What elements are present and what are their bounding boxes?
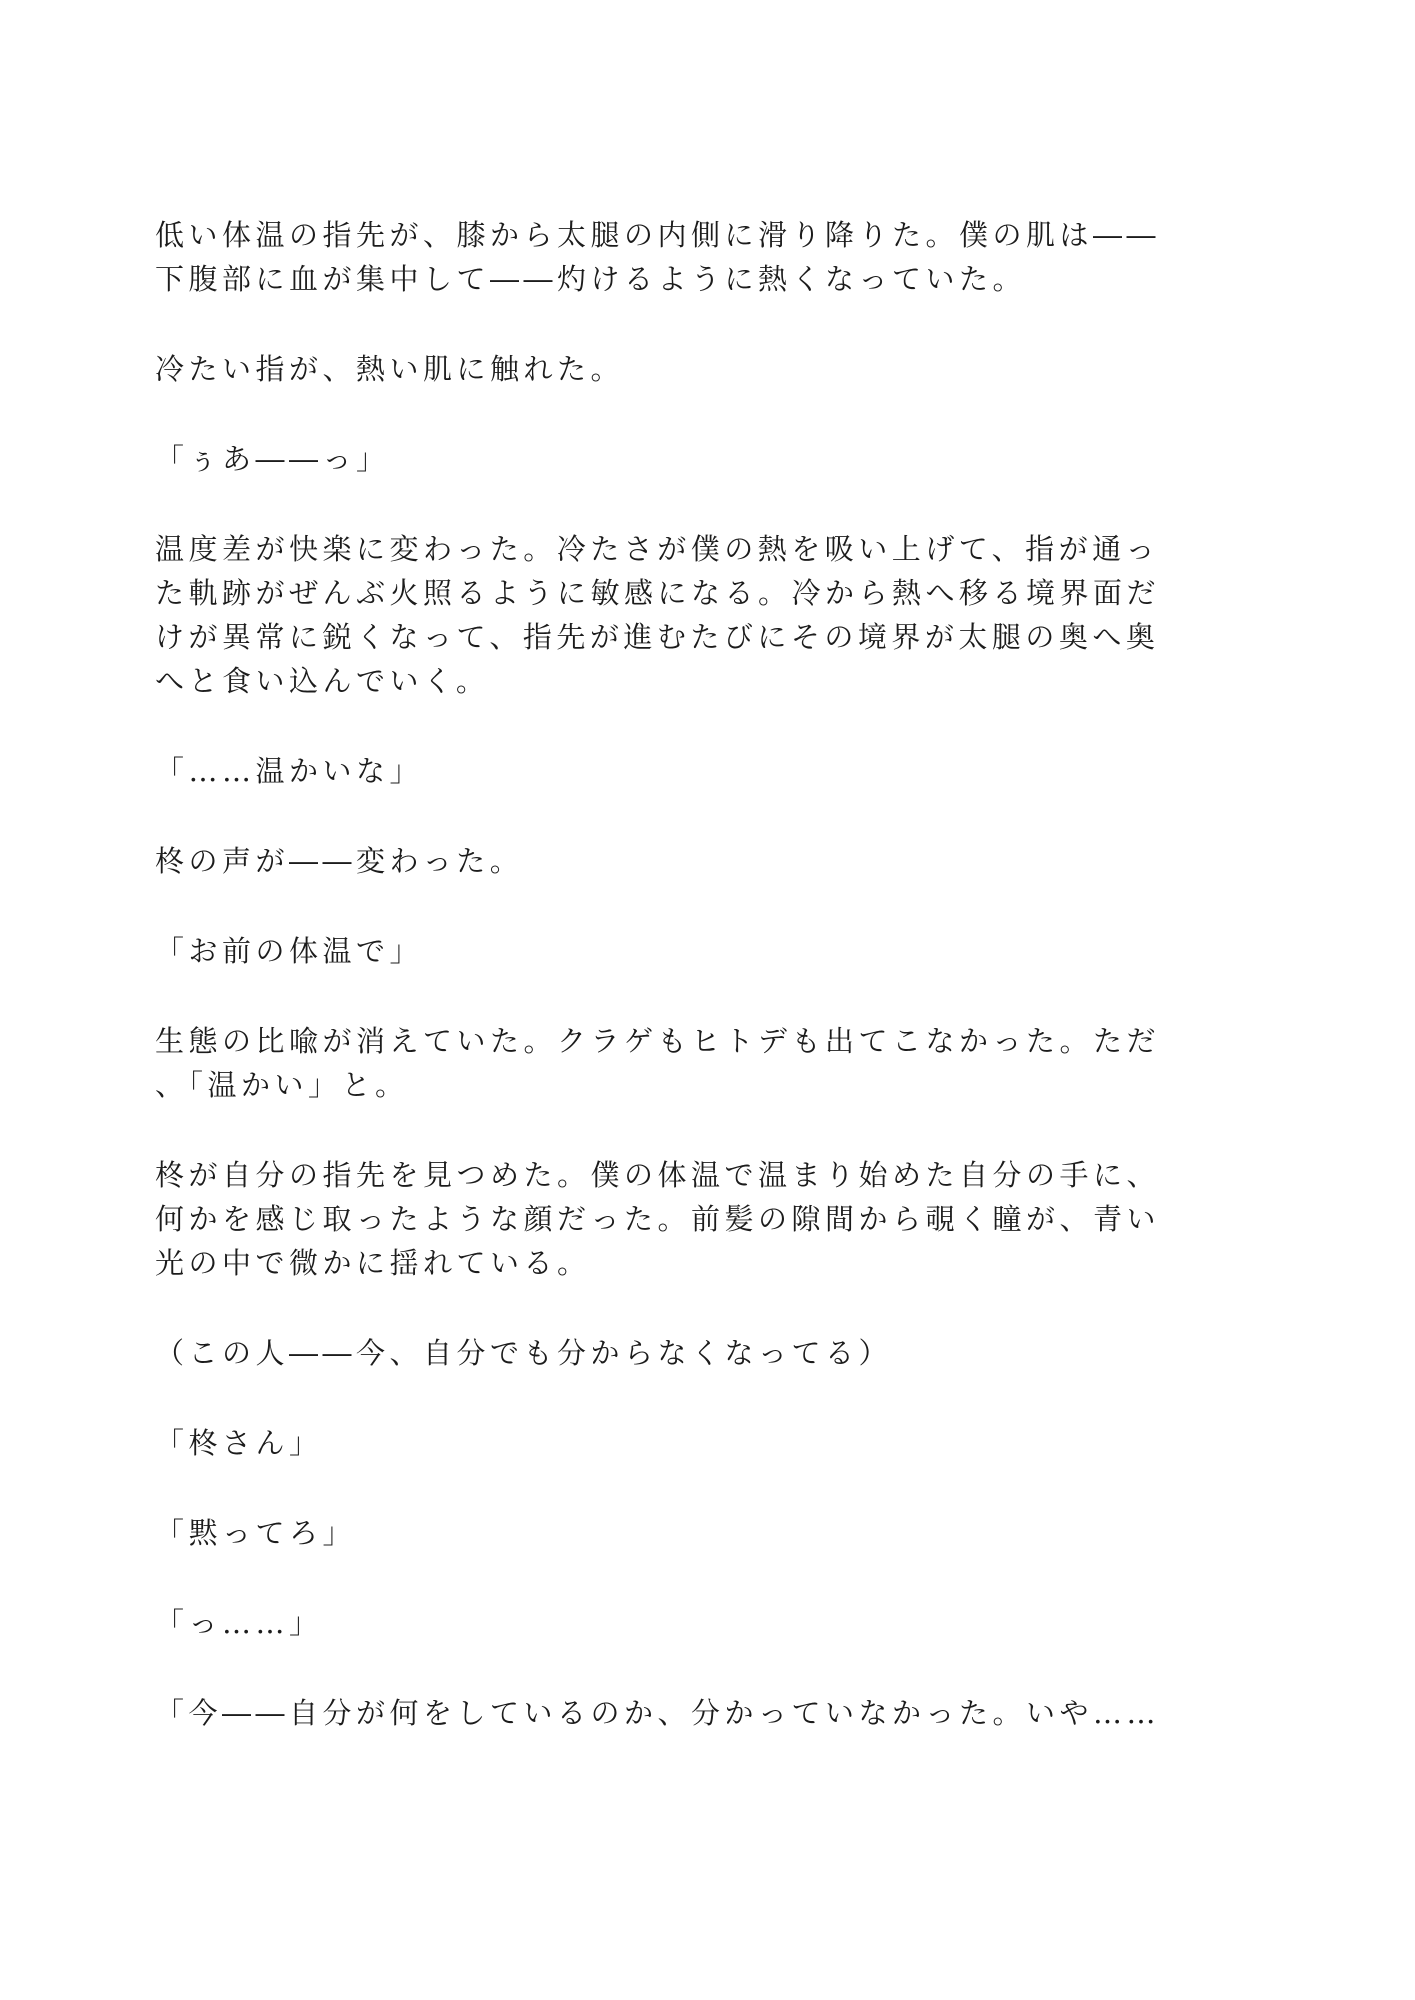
paragraph: 柊が自分の指先を見つめた。僕の体温で温まり始めた自分の手に、何かを感じ取ったよう… <box>155 1153 1255 1285</box>
document-page: 低い体温の指先が、膝から太腿の内側に滑り降りた。僕の肌は――下腹部に血が集中して… <box>0 0 1415 2000</box>
text-line: 「ぅあ――っ」 <box>155 437 1255 481</box>
text-line: 「……温かいな」 <box>155 749 1255 793</box>
paragraph: 柊の声が――変わった。 <box>155 839 1255 883</box>
text-line: 、「温かい」と。 <box>155 1063 1255 1107</box>
text-line: 「っ……」 <box>155 1601 1255 1645</box>
novel-text-block: 低い体温の指先が、膝から太腿の内側に滑り降りた。僕の肌は――下腹部に血が集中して… <box>155 213 1255 1735</box>
paragraph: 「今――自分が何をしているのか、分かっていなかった。いや…… <box>155 1691 1255 1735</box>
text-line: 冷たい指が、熱い肌に触れた。 <box>155 347 1255 391</box>
text-line: 柊の声が――変わった。 <box>155 839 1255 883</box>
text-line: （この人――今、自分でも分からなくなってる） <box>155 1331 1255 1375</box>
paragraph: 温度差が快楽に変わった。冷たさが僕の熱を吸い上げて、指が通った軌跡がぜんぶ火照る… <box>155 527 1255 703</box>
paragraph: 「お前の体温で」 <box>155 929 1255 973</box>
text-line: た軌跡がぜんぶ火照るように敏感になる。冷から熱へ移る境界面だ <box>155 571 1255 615</box>
text-line: 低い体温の指先が、膝から太腿の内側に滑り降りた。僕の肌は―― <box>155 213 1255 257</box>
paragraph: 冷たい指が、熱い肌に触れた。 <box>155 347 1255 391</box>
paragraph: 低い体温の指先が、膝から太腿の内側に滑り降りた。僕の肌は――下腹部に血が集中して… <box>155 213 1255 301</box>
text-line: 「黙ってろ」 <box>155 1511 1255 1555</box>
text-line: 光の中で微かに揺れている。 <box>155 1241 1255 1285</box>
text-line: 「柊さん」 <box>155 1421 1255 1465</box>
paragraph: 「っ……」 <box>155 1601 1255 1645</box>
paragraph: 「柊さん」 <box>155 1421 1255 1465</box>
paragraph: （この人――今、自分でも分からなくなってる） <box>155 1331 1255 1375</box>
paragraph: 「……温かいな」 <box>155 749 1255 793</box>
text-line: 柊が自分の指先を見つめた。僕の体温で温まり始めた自分の手に、 <box>155 1153 1255 1197</box>
text-line: けが異常に鋭くなって、指先が進むたびにその境界が太腿の奥へ奥 <box>155 615 1255 659</box>
paragraph: 「ぅあ――っ」 <box>155 437 1255 481</box>
text-line: 生態の比喩が消えていた。クラゲもヒトデも出てこなかった。ただ <box>155 1019 1255 1063</box>
paragraph: 「黙ってろ」 <box>155 1511 1255 1555</box>
text-line: 「今――自分が何をしているのか、分かっていなかった。いや…… <box>155 1691 1255 1735</box>
text-line: 「お前の体温で」 <box>155 929 1255 973</box>
paragraph: 生態の比喩が消えていた。クラゲもヒトデも出てこなかった。ただ、「温かい」と。 <box>155 1019 1255 1107</box>
text-line: へと食い込んでいく。 <box>155 659 1255 703</box>
text-line: 温度差が快楽に変わった。冷たさが僕の熱を吸い上げて、指が通っ <box>155 527 1255 571</box>
text-line: 下腹部に血が集中して――灼けるように熱くなっていた。 <box>155 257 1255 301</box>
text-line: 何かを感じ取ったような顔だった。前髪の隙間から覗く瞳が、青い <box>155 1197 1255 1241</box>
